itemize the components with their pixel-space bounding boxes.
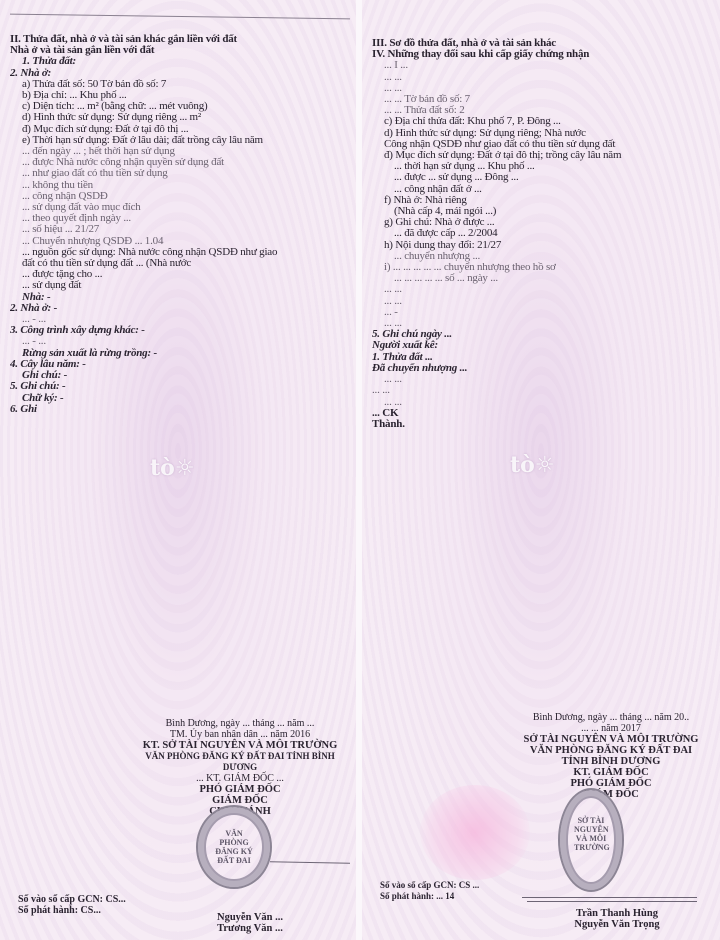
- text-line: i) ... ... ... ... ... chuyển nhượng the…: [372, 262, 702, 273]
- text-line: c) Địa chỉ thửa đất: Khu phố 7, P. Đông …: [372, 116, 702, 127]
- text-line: Công nhận QSDĐ như giao đất có thu tiền …: [372, 139, 702, 150]
- signature-authority: SỞ TÀI NGUYÊN VÀ MÔI TRƯỜNG: [502, 734, 720, 745]
- seal-text: VĂN PHÒNG ĐĂNG KÝ ĐẤT ĐAI: [212, 829, 256, 865]
- text-line: ... đã được cấp ... 2/2004: [372, 228, 702, 239]
- left-page: II. Thửa đất, nhà ở và tài sản khác gắn …: [0, 0, 357, 940]
- signer-name: Nguyễn Văn Trọng: [562, 919, 672, 930]
- text-line: ... không thu tiền: [10, 180, 340, 191]
- footer-issue-number: Số phát hành: CS...: [18, 905, 126, 916]
- text-line: 2. Nhà ở:: [10, 68, 340, 79]
- text-line: ... I ...: [372, 60, 702, 71]
- text-line: Chữ ký: -: [10, 393, 340, 404]
- text-line: ... thời hạn sử dụng ... Khu phố ...: [372, 161, 702, 172]
- right-signature-block: Bình Dương, ngày ... tháng ... năm 20.. …: [502, 712, 720, 800]
- left-page-text: II. Thửa đất, nhà ở và tài sản khác gắn …: [10, 34, 340, 415]
- left-signature-block: Bình Dương, ngày ... tháng ... năm ... T…: [130, 718, 350, 817]
- text-line: ... đến ngày ... ; hết thời hạn sử dụng: [10, 146, 340, 157]
- right-page-text: III. Sơ đồ thửa đất, nhà ở và tài sản kh…: [372, 38, 702, 430]
- text-line: ... ...: [372, 296, 702, 307]
- text-line: Rừng sản xuất là rừng trồng: -: [10, 348, 340, 359]
- text-line: ... nguồn gốc sử dụng: Nhà nước công nhậ…: [10, 247, 340, 258]
- signer-name: Trần Thanh Hùng: [562, 908, 672, 919]
- footer-issue-number: Số phát hành: ... 14: [380, 891, 479, 902]
- footer-registry-number: Số vào sổ cấp GCN: CS ...: [380, 880, 479, 891]
- signature-date: Bình Dương, ngày ... tháng ... năm ...: [130, 718, 350, 729]
- text-line: 5. Ghi chú: -: [10, 381, 340, 392]
- right-footer: Số vào sổ cấp GCN: CS ... Số phát hành: …: [380, 880, 479, 902]
- text-line: ... Chuyển nhượng QSDĐ ... 1.04: [10, 236, 340, 247]
- text-line: 1. Thửa đất:: [10, 56, 340, 67]
- signature-stroke: [270, 861, 350, 863]
- seal-text: SỞ TÀI NGUYÊN VÀ MÔI TRƯỜNG: [574, 816, 608, 852]
- text-line: ... ...: [372, 397, 702, 408]
- text-line: d) Hình thức sử dụng: Sử dụng riêng; Nhà…: [372, 128, 702, 139]
- text-line: 5. Ghi chú ngày ...: [372, 329, 702, 340]
- text-line: ... công nhận QSDĐ: [10, 191, 340, 202]
- text-line: f) Nhà ở: Nhà riêng: [372, 195, 702, 206]
- watermark-emblem-icon: tò☼: [150, 455, 195, 481]
- text-line: ... như giao đất có thu tiền sử dụng: [10, 168, 340, 179]
- text-line: ... theo quyết định ngày ...: [10, 213, 340, 224]
- text-line: đ) Mục đích sử dụng: Đất ở tại đô thị; t…: [372, 150, 702, 161]
- text-line: Ghi chú: -: [10, 370, 340, 381]
- text-line: 6. Ghi: [10, 404, 340, 415]
- text-line: c) Diện tích: ... m² (bằng chữ: ... mét …: [10, 101, 340, 112]
- signature-title: KT. GIÁM ĐỐC: [502, 767, 720, 778]
- signature-authority: KT. SỞ TÀI NGUYÊN VÀ MÔI TRƯỜNG: [130, 740, 350, 751]
- text-line: ... ... Thửa đất số: 2: [372, 105, 702, 116]
- text-line: g) Ghi chú: Nhà ở được ...: [372, 217, 702, 228]
- text-line: Người xuất kê:: [372, 340, 702, 351]
- text-line: d) Hình thức sử dụng: Sử dụng riêng ... …: [10, 112, 340, 123]
- text-line: 1. Thửa đất ...: [372, 352, 702, 363]
- text-line: ... - ...: [10, 314, 340, 325]
- text-line: 2. Nhà ở: -: [10, 303, 340, 314]
- text-line: ... ... ... ... ... số ... ngày ...: [372, 273, 702, 284]
- signature-date: Bình Dương, ngày ... tháng ... năm 20..: [502, 712, 720, 723]
- text-line: ... sử dụng đất: [10, 280, 340, 291]
- text-line: ... công nhận đất ở ...: [372, 184, 702, 195]
- text-line: (Nhà cấp 4, mái ngói ...): [372, 206, 702, 217]
- right-page: III. Sơ đồ thửa đất, nhà ở và tài sản kh…: [362, 0, 720, 940]
- signer-name: Nguyễn Văn ...: [200, 912, 300, 923]
- text-line: ... ... Tờ bản đồ số: 7: [372, 94, 702, 105]
- text-line: ... số hiệu ... 21/27: [10, 224, 340, 235]
- top-rule: [10, 14, 350, 20]
- text-line: ... CK: [372, 408, 702, 419]
- text-line: ... ...: [372, 374, 702, 385]
- text-line: III. Sơ đồ thửa đất, nhà ở và tài sản kh…: [372, 38, 702, 49]
- footer-registry-number: Số vào sổ cấp GCN: CS...: [18, 894, 126, 905]
- text-line: Thành.: [372, 419, 702, 430]
- text-line: ... được Nhà nước công nhận quyền sử dụn…: [10, 157, 340, 168]
- text-line: h) Nội dung thay đổi: 21/27: [372, 240, 702, 251]
- text-line: II. Thửa đất, nhà ở và tài sản khác gắn …: [10, 34, 340, 45]
- text-line: Nhà: -: [10, 292, 340, 303]
- signature-title: PHÓ GIÁM ĐỐC: [130, 784, 350, 795]
- text-line: IV. Những thay đổi sau khi cấp giấy chứn…: [372, 49, 702, 60]
- watermark-emblem-icon: tò☼: [510, 452, 555, 478]
- signature-office: VĂN PHÒNG ĐĂNG KÝ ĐẤT ĐAI TỈNH BÌNH DƯƠN…: [130, 751, 350, 773]
- text-line: ... ...: [372, 385, 702, 396]
- left-footer: Số vào sổ cấp GCN: CS... Số phát hành: C…: [18, 894, 126, 916]
- signature-line: ... ... năm 2017: [502, 723, 720, 734]
- text-line: Đã chuyển nhượng ...: [372, 363, 702, 374]
- official-seal-icon: SỞ TÀI NGUYÊN VÀ MÔI TRƯỜNG: [558, 788, 624, 892]
- text-line: ... ...: [372, 284, 702, 295]
- text-line: ... được tặng cho ...: [10, 269, 340, 280]
- signature-title: PHÓ GIÁM ĐỐC: [502, 778, 720, 789]
- text-line: ... ...: [372, 83, 702, 94]
- text-line: ... được ... sử dụng ... Đông ...: [372, 172, 702, 183]
- signature-line: ... KT. GIÁM ĐỐC ...: [130, 773, 350, 784]
- official-seal-icon: VĂN PHÒNG ĐĂNG KÝ ĐẤT ĐAI: [196, 805, 272, 889]
- text-line: b) Địa chỉ: ... Khu phố ...: [10, 90, 340, 101]
- text-line: ... sử dụng đất vào mục đích: [10, 202, 340, 213]
- text-line: ... chuyển nhượng ...: [372, 251, 702, 262]
- signature-province: TỈNH BÌNH DƯƠNG: [502, 756, 720, 767]
- signature-rule: [522, 897, 697, 898]
- text-line: ... - ...: [10, 336, 340, 347]
- text-line: ... ...: [372, 72, 702, 83]
- text-line: đ) Mục đích sử dụng: Đất ở tại đô thị ..…: [10, 124, 340, 135]
- text-line: 4. Cây lâu năm: -: [10, 359, 340, 370]
- text-line: đất có thu tiền sử dụng đất ... (Nhà nướ…: [10, 258, 340, 269]
- left-signer-name: Nguyễn Văn ... Trương Văn ...: [200, 912, 300, 934]
- signature-office: VĂN PHÒNG ĐĂNG KÝ ĐẤT ĐAI: [502, 745, 720, 756]
- signer-name: Trương Văn ...: [200, 923, 300, 934]
- text-line: 3. Công trình xây dựng khác: -: [10, 325, 340, 336]
- text-line: ... -: [372, 307, 702, 318]
- text-line: Nhà ở và tài sản gắn liền với đất: [10, 45, 340, 56]
- signature-title: GIÁM ĐỐC: [130, 795, 350, 806]
- pink-stamp-mark: [420, 785, 530, 880]
- right-signer-name: Trần Thanh Hùng Nguyễn Văn Trọng: [562, 908, 672, 930]
- signature-line: TM. Ủy ban nhân dân ... năm 2016: [130, 729, 350, 740]
- text-line: a) Thửa đất số: 50 Tờ bản đồ số: 7: [10, 79, 340, 90]
- text-line: e) Thời hạn sử dụng: Đất ở lâu dài; đất …: [10, 135, 340, 146]
- text-line: ... ...: [372, 318, 702, 329]
- signature-rule: [527, 901, 697, 902]
